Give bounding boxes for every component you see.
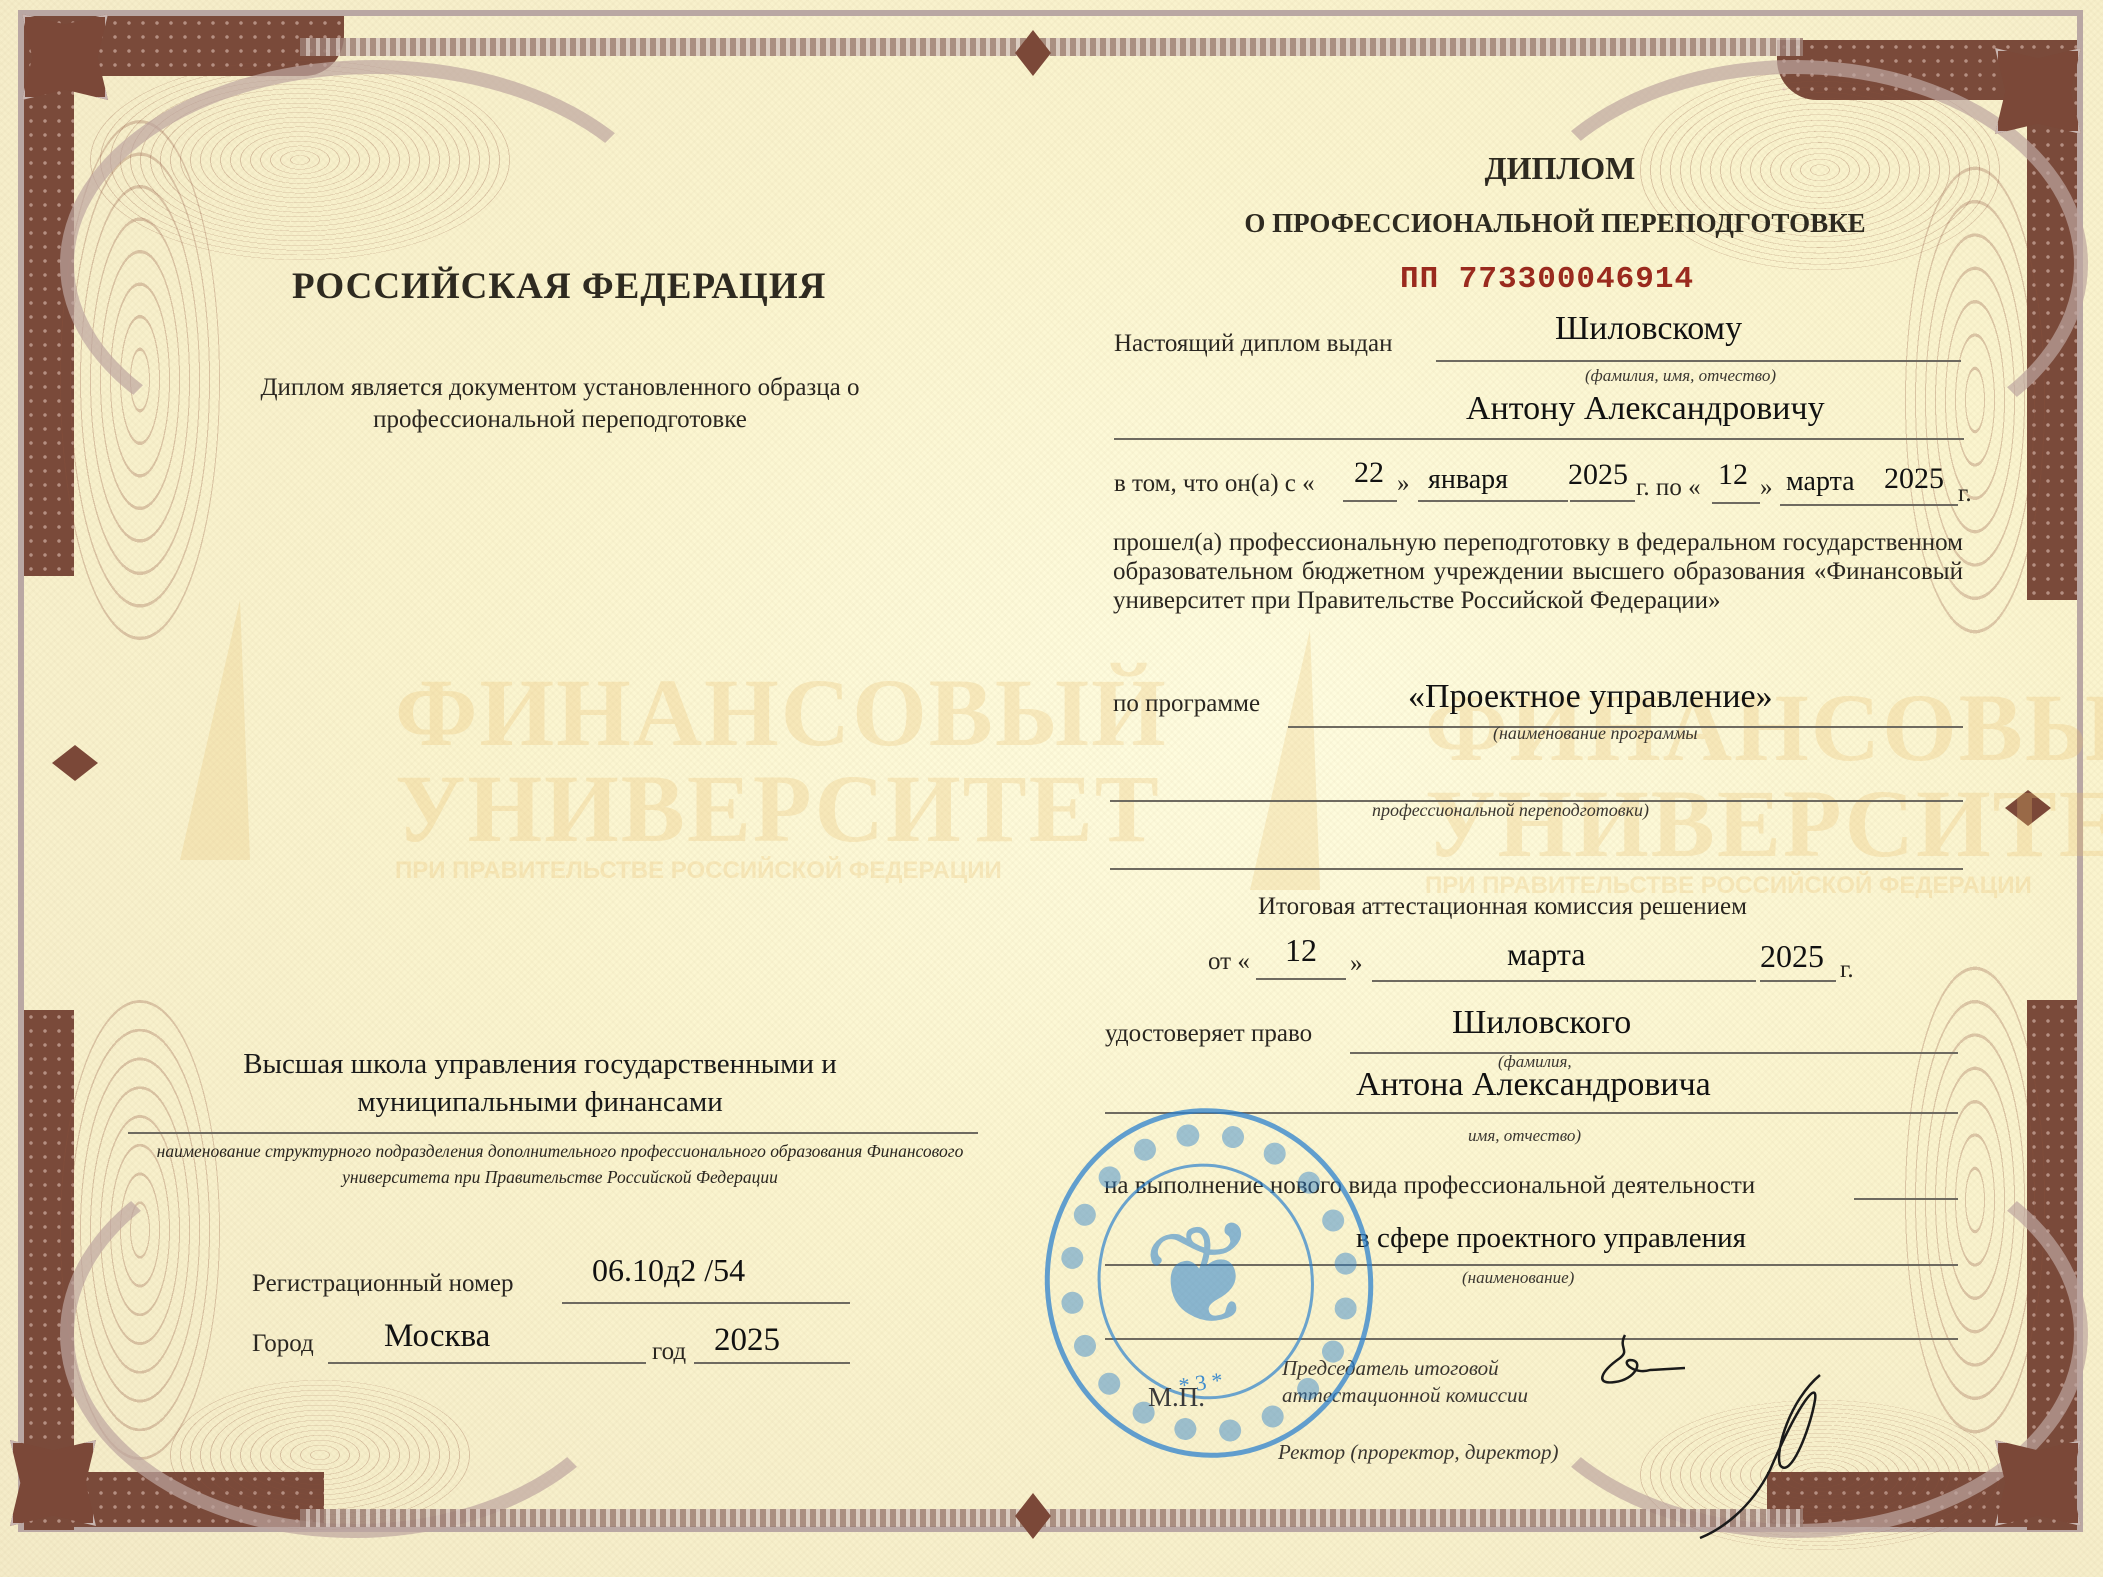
- commission-text: Итоговая аттестационная комиссия решение…: [1258, 893, 1747, 921]
- stamp-mark-label: М.П.: [1148, 1382, 1205, 1413]
- issued-caption: (фамилия, имя, отчество): [1585, 366, 1776, 386]
- program-caption-2: профессиональной переподготовки): [1372, 800, 1649, 821]
- city-value: Москва: [384, 1318, 490, 1355]
- border-ribbon: [60, 1130, 648, 1538]
- diploma-serial-number: ПП 773300046914: [1400, 262, 1694, 297]
- issued-label: Настоящий диплом выдан: [1114, 330, 1392, 358]
- quote-close: »: [1397, 470, 1410, 498]
- period-to-year: 2025: [1884, 462, 1944, 496]
- from-year-underline: [1570, 500, 1635, 502]
- country-title: РОССИЙСКАЯ ФЕДЕРАЦИЯ: [292, 265, 826, 308]
- from-month-underline: [1418, 500, 1568, 502]
- division-underline: [128, 1132, 978, 1134]
- activity-caption: (наименование): [1462, 1268, 1574, 1288]
- activity-underline: [1854, 1198, 1958, 1200]
- name-underline: [1114, 438, 1964, 440]
- city-label: Город: [252, 1330, 314, 1358]
- program-caption-1: (наименование программы: [1493, 723, 1698, 744]
- to-day-underline: [1712, 502, 1760, 504]
- division-caption: наименование структурного подразделения …: [120, 1138, 1000, 1190]
- certifies-caption-2: имя, отчество): [1468, 1126, 1581, 1146]
- period-suffix: г.: [1958, 480, 1972, 508]
- corner-ornament-icon: [1995, 48, 2081, 134]
- recipient-surname: Шиловскому: [1555, 310, 1742, 348]
- year-underline: [694, 1362, 850, 1364]
- quote-close: »: [1350, 950, 1363, 978]
- period-from-year: 2025: [1568, 458, 1628, 492]
- period-to-month: марта: [1786, 466, 1855, 498]
- watermark-logo-icon: [1250, 630, 1320, 890]
- registration-label: Регистрационный номер: [252, 1270, 514, 1298]
- certifies-underline: [1350, 1052, 1958, 1054]
- period-to-day: 12: [1718, 458, 1748, 492]
- program-underline-3: [1110, 868, 1963, 870]
- to-month-underline: [1780, 504, 1958, 506]
- double-headed-eagle-icon: ❦: [1108, 1183, 1300, 1375]
- document-type-subtitle: Диплом является документом установленног…: [240, 372, 880, 436]
- program-label: по программе: [1113, 690, 1260, 718]
- issued-underline: [1436, 360, 1961, 362]
- corner-ornament-icon: [22, 14, 108, 100]
- recipient-name: Антону Александровичу: [1466, 390, 1825, 428]
- watermark-logo-icon: [180, 600, 250, 860]
- certified-name: Антона Александровича: [1356, 1066, 1711, 1104]
- decision-day: 12: [1285, 932, 1317, 969]
- registration-number: 06.10д2 /54: [592, 1252, 745, 1289]
- decision-day-underline: [1256, 978, 1346, 980]
- division-name: Высшая школа управления государственными…: [190, 1045, 890, 1121]
- certified-surname: Шиловского: [1452, 1004, 1631, 1042]
- training-description: прошел(а) профессиональную переподготовк…: [1113, 528, 1963, 615]
- period-prefix: в том, что он(а) с «: [1114, 470, 1315, 498]
- registration-underline: [562, 1302, 850, 1304]
- activity-value: в сфере проектного управления: [1356, 1222, 1746, 1255]
- year-label: год: [652, 1338, 686, 1366]
- rector-label: Ректор (проректор, директор): [1278, 1440, 1559, 1465]
- program-name: «Проектное управление»: [1408, 678, 1773, 716]
- decision-year-underline: [1760, 980, 1836, 982]
- city-underline: [328, 1362, 646, 1364]
- period-mid: г. по «: [1636, 474, 1701, 502]
- decision-suffix: г.: [1840, 956, 1854, 984]
- certifies-label: удостоверяет право: [1105, 1020, 1312, 1048]
- decision-year: 2025: [1760, 938, 1824, 975]
- corner-ornament-icon: [1995, 1440, 2081, 1526]
- decision-month-underline: [1372, 980, 1756, 982]
- from-day-underline: [1343, 500, 1397, 502]
- period-from-month: января: [1428, 464, 1508, 496]
- border-middle-band: [300, 1509, 1803, 1527]
- period-from-day: 22: [1354, 456, 1384, 490]
- quote-close: »: [1760, 474, 1773, 502]
- decision-month: марта: [1507, 936, 1585, 973]
- year-value: 2025: [714, 1322, 780, 1359]
- diploma-subtitle: О ПРОФЕССИОНАЛЬНОЙ ПЕРЕПОДГОТОВКЕ: [1210, 208, 1900, 239]
- rector-signature-icon: [1680, 1370, 1840, 1540]
- border-middle-band: [300, 38, 1803, 56]
- decision-prefix: от «: [1208, 948, 1250, 976]
- diploma-title: ДИПЛОМ: [1430, 150, 1690, 187]
- corner-ornament-icon: [10, 1440, 96, 1526]
